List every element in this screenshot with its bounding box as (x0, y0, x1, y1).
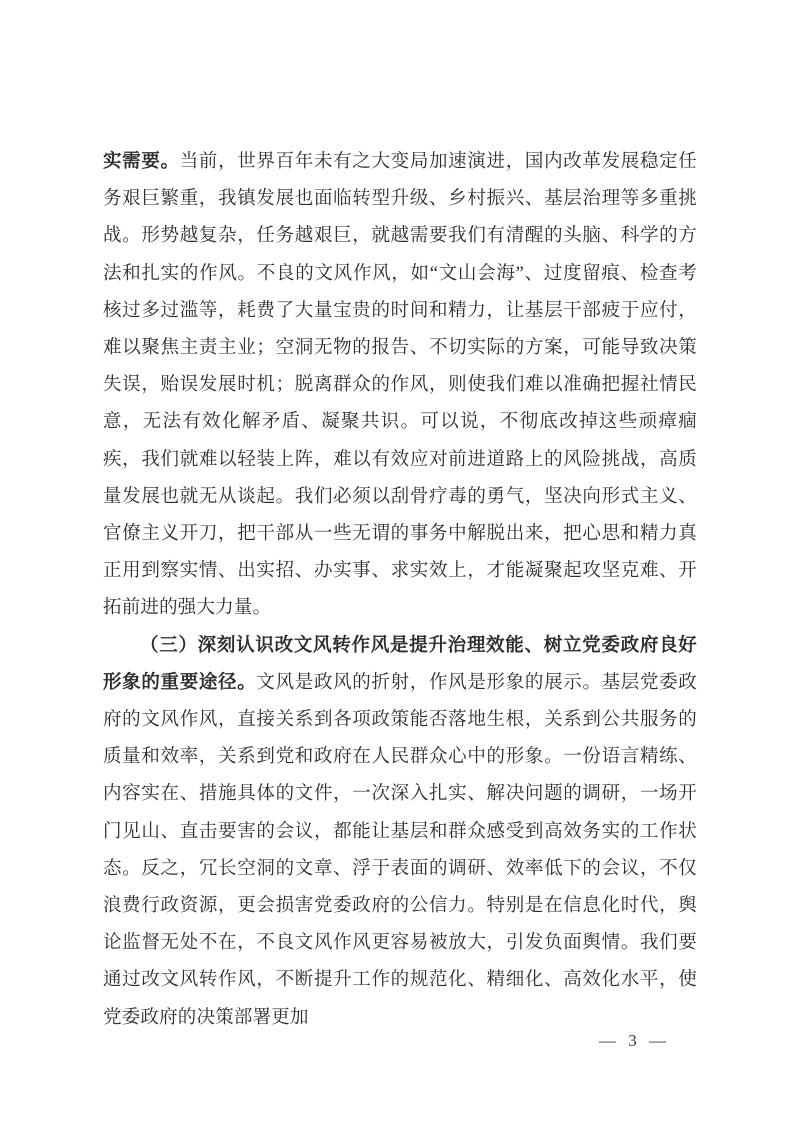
document-body: 实需要。当前，世界百年未有之大变局加速演进，国内改革发展稳定任务艰巨繁重，我镇发… (103, 144, 697, 1037)
page-number: — 3 — (599, 1031, 670, 1051)
paragraph-continuation: 实需要。当前，世界百年未有之大变局加速演进，国内改革发展稳定任务艰巨繁重，我镇发… (103, 144, 697, 628)
paragraph-body-text: 当前，世界百年未有之大变局加速演进，国内改革发展稳定任务艰巨繁重，我镇发展也面临… (103, 152, 697, 618)
document-page: 实需要。当前，世界百年未有之大变局加速演进，国内改革发展稳定任务艰巨繁重，我镇发… (0, 0, 793, 1122)
paragraph-section-three: （三）深刻认识改文风转作风是提升治理效能、树立党委政府良好形象的重要途径。文风是… (103, 628, 697, 1037)
paragraph-body-text: 文风是政风的折射，作风是形象的展示。基层党委政府的文风作风，直接关系到各项政策能… (103, 673, 697, 1028)
paragraph-lead-bold-text: 实需要。 (103, 152, 180, 172)
